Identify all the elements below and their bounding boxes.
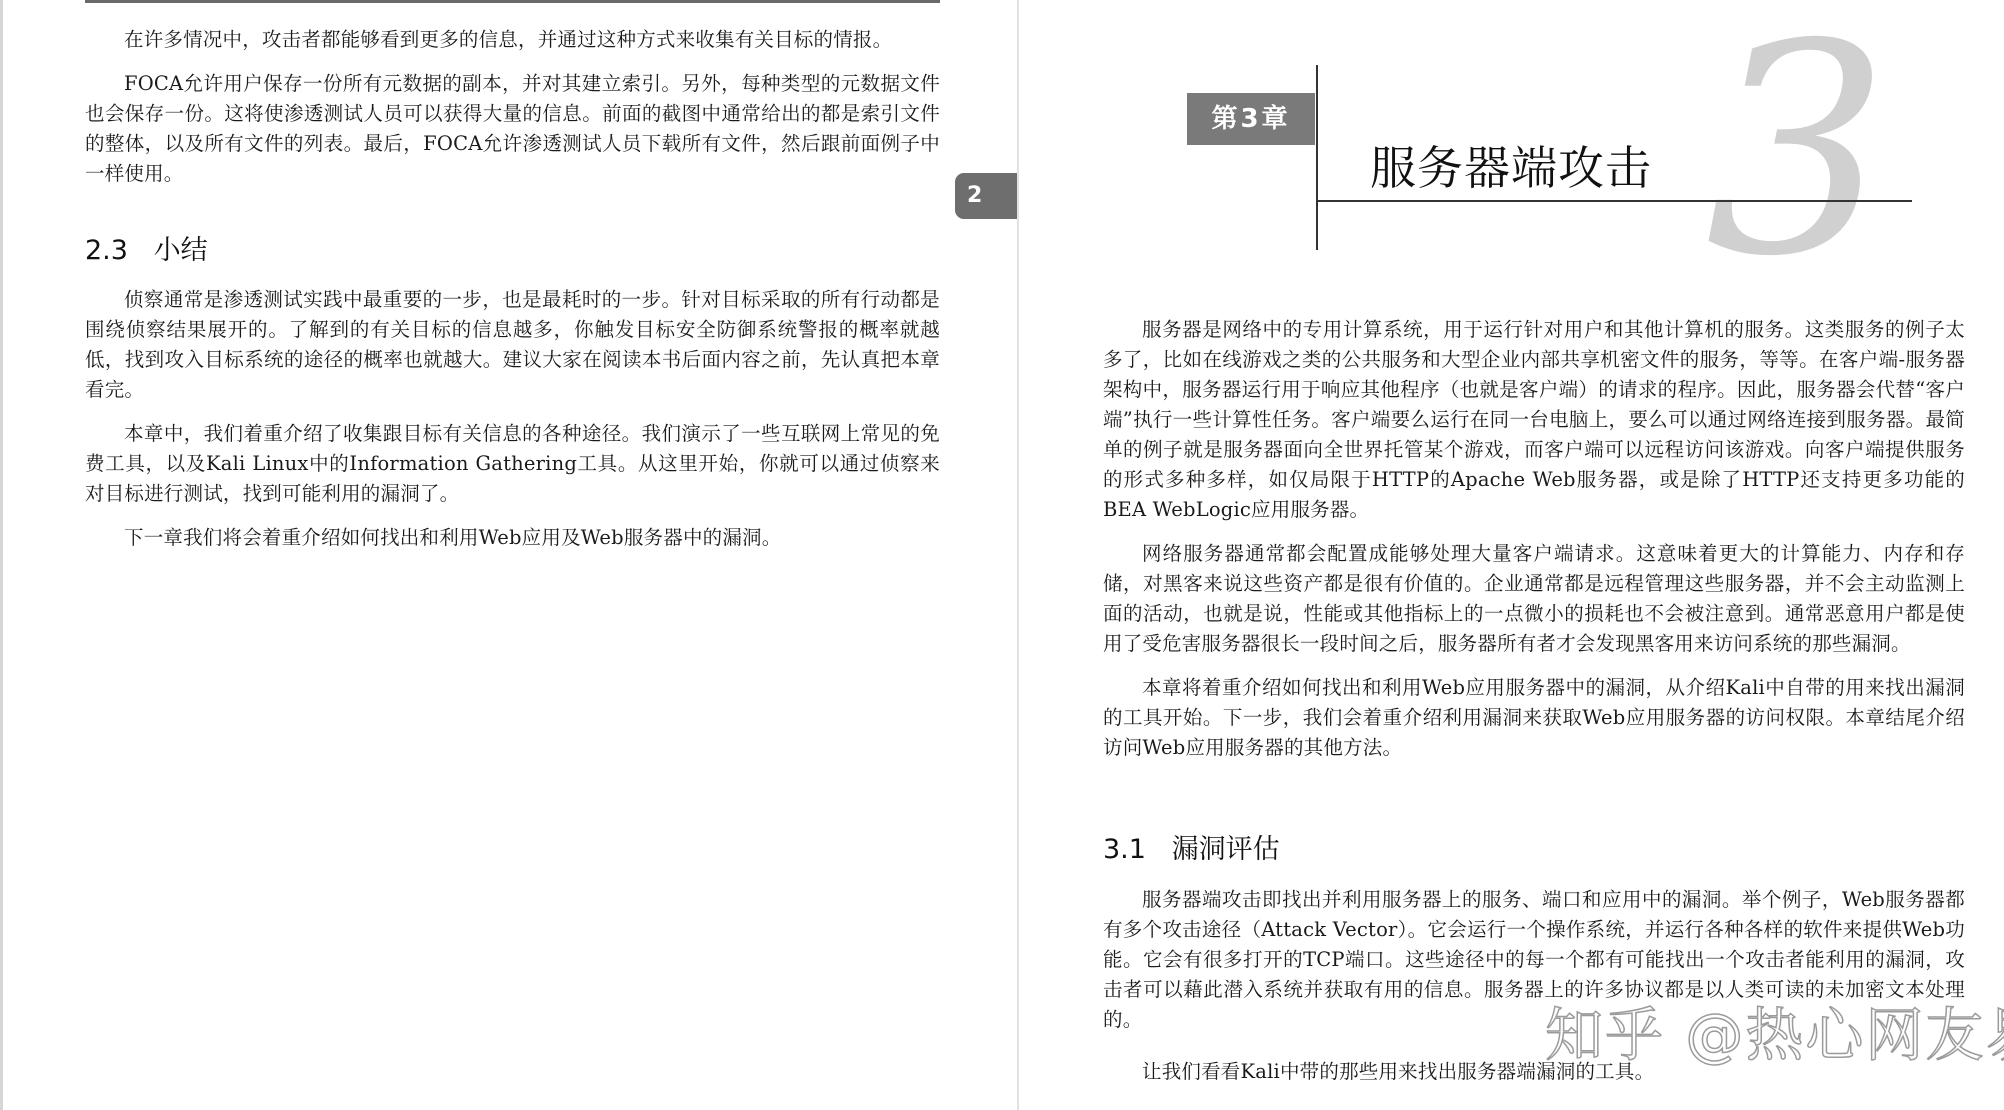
chapter-title: 服务器端攻击 — [1370, 140, 1652, 196]
paragraph: 网络服务器通常都会配置成能够处理大量客户端请求。这意味着更大的计算能力、内存和存… — [1103, 539, 1965, 659]
paragraph: 服务器是网络中的专用计算系统，用于运行针对用户和其他计算机的服务。这类服务的例子… — [1103, 315, 1965, 525]
watermark: 知乎 @热心网友易小姐 — [1545, 1000, 2004, 1070]
right-page: 3 第3章 服务器端攻击 服务器是网络中的专用计算系统，用于运行针对用户和其他计… — [0, 0, 2004, 1110]
chapter-big-number: 3 — [1705, 22, 1890, 282]
chapter-horizontal-rule — [1316, 200, 1912, 202]
section-heading-3-1: 3.1 漏洞评估 — [1103, 827, 1280, 866]
chapter-vertical-rule — [1316, 65, 1318, 250]
chapter-label: 第3章 — [1187, 93, 1315, 145]
right-intro-paragraphs: 服务器是网络中的专用计算系统，用于运行针对用户和其他计算机的服务。这类服务的例子… — [1103, 315, 1965, 777]
paragraph: 本章将着重介绍如何找出和利用Web应用服务器中的漏洞，从介绍Kali中自带的用来… — [1103, 673, 1965, 763]
